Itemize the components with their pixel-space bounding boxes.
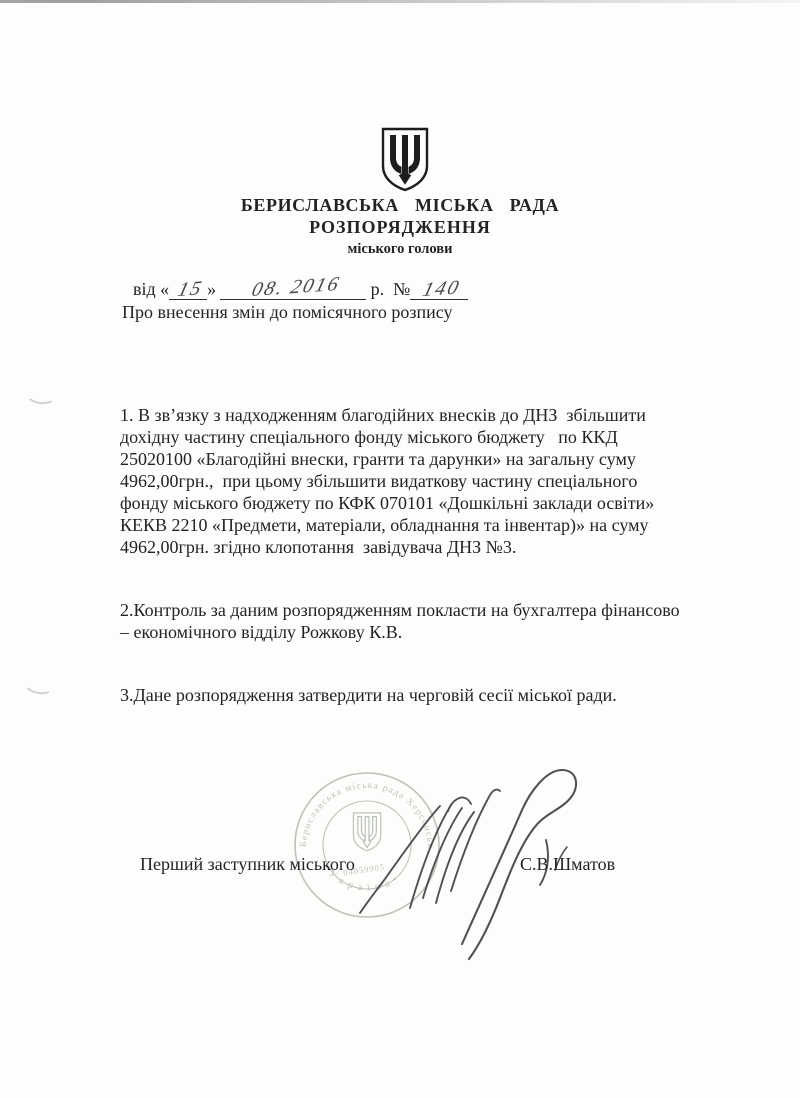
paragraph-3: 3.Дане розпорядження затвердити на черго… <box>120 684 617 706</box>
handwritten-number: 140 <box>421 279 462 299</box>
document-header: БЕРИСЛАВСЬКА МІСЬКА РАДА РОЗПОРЯДЖЕННЯ м… <box>0 195 800 258</box>
org-name: БЕРИСЛАВСЬКА МІСЬКА РАДА <box>0 195 800 216</box>
punch-hole-artifact <box>25 384 57 405</box>
signoff-name: С.В.Шматов <box>520 854 615 875</box>
date-after-day: » <box>207 279 216 300</box>
tryzub-shield-icon <box>371 126 439 194</box>
punch-hole-artifact <box>23 674 56 697</box>
subject-line: Про внесення змін до помісячного розпису <box>122 302 453 323</box>
scan-edge-artifact <box>0 0 800 3</box>
paragraph-2: 2.Контроль за даним розпорядженням покла… <box>120 599 680 643</box>
date-line: від « 15 » 08. 2016 р. № 140 <box>133 276 468 300</box>
doc-type: РОЗПОРЯДЖЕННЯ <box>0 217 800 238</box>
date-suffix: р. № <box>366 279 410 300</box>
doc-subtype: міського голови <box>0 241 800 258</box>
scanned-document-page: БЕРИСЛАВСЬКА МІСЬКА РАДА РОЗПОРЯДЖЕННЯ м… <box>0 0 800 1098</box>
signoff-title: Перший заступник міського <box>140 854 355 875</box>
date-prefix: від « <box>133 279 169 300</box>
handwritten-day: 15 <box>176 279 205 299</box>
handwritten-month-year: 08. 2016 <box>250 275 342 299</box>
paragraph-1: 1. В зв’язку з надходженням благодійних … <box>120 404 654 558</box>
